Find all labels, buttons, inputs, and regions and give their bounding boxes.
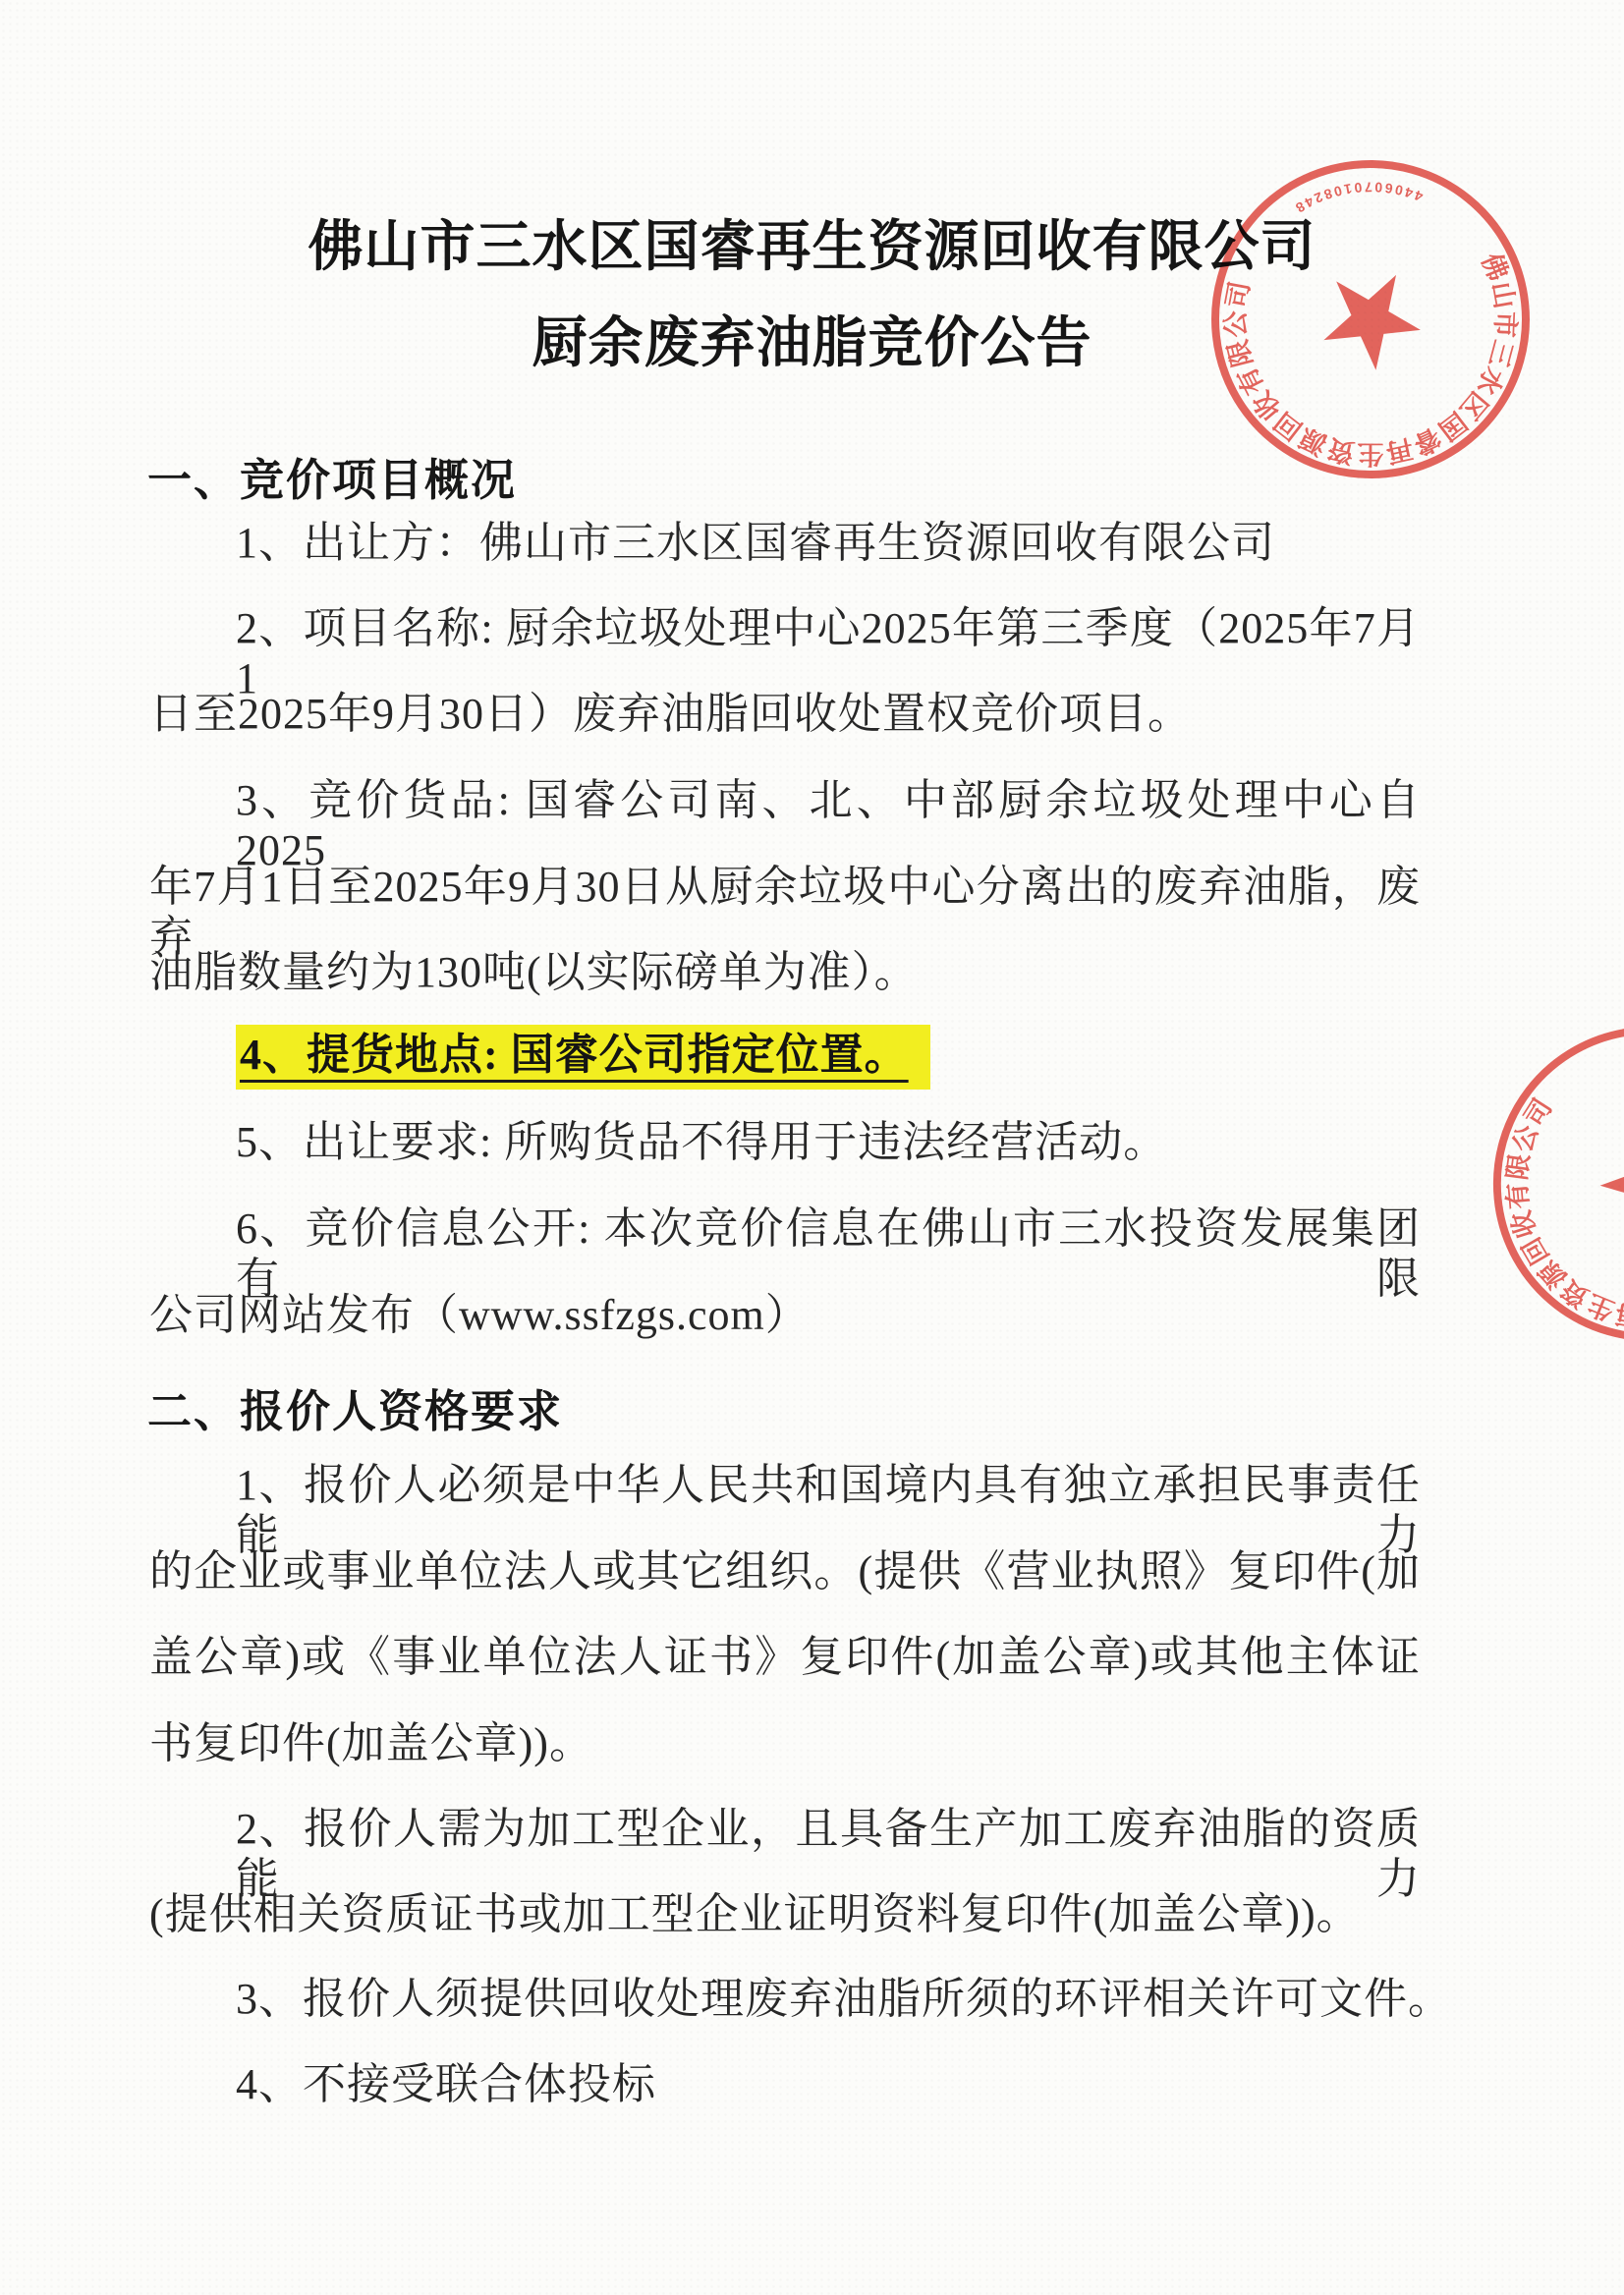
section2-heading: 二、报价人资格要求 [147,1375,563,1439]
seal-star-icon [1317,273,1424,375]
body-line-s1-4-highlighted: 4、提货地点: 国睿公司指定位置。 [236,1031,930,1081]
seal-serial-number: 4406070108248 [1616,1033,1624,1099]
highlighted-pickup-location: 4、提货地点: 国睿公司指定位置。 [236,1025,930,1090]
body-line-s2-1d: 书复印件(加盖公章))。 [149,1719,593,1769]
body-line-s1-6a: 6、竞价信息公开: 本次竞价信息在佛山市三水投资发展集团有限 [236,1204,1421,1304]
body-line-s2-1a: 1、报价人必须是中华人民共和国境内具有独立承担民事责任能力 [236,1461,1421,1560]
body-line-s2-3: 3、报价人须提供回收处理废弃油脂所须的环评相关许可文件。 [236,1975,1452,2025]
company-seal-stamp: 佛山市三水区国睿再生资源回收有限公司 4406070108248 [1187,136,1554,503]
body-line-s1-2b: 日至2025年9月30日）废弃油脂回收处置权竞价项目。 [149,690,1192,740]
svg-text:4406070108248: 4406070108248 [1616,1033,1624,1099]
body-line-s1-5: 5、出让要求: 所购货品不得用于违法经营活动。 [236,1118,1167,1168]
body-line-s2-1b: 的企业或事业单位法人或其它组织。(提供《营业执照》复印件(加 [149,1547,1421,1597]
body-line-s2-1c: 盖公章)或《事业单位法人证书》复印件(加盖公章)或其他主体证 [149,1633,1421,1683]
body-line-s1-6b: 公司网站发布（www.ssfzgs.com） [149,1291,810,1341]
seal-star-icon [1591,1132,1624,1246]
partial-seal-stamp: 佛山市三水区国睿再生资源回收有限公司 4406070108248 [1446,980,1624,1388]
section1-heading: 一、竞价项目概况 [147,444,517,508]
body-line-s2-2b: (提供相关资质证书或加工型企业证明资料复印件(加盖公章))。 [149,1890,1361,1940]
body-line-s1-3c: 油脂数量约为130吨(以实际磅单为准）。 [149,948,919,998]
announcement-page: 佛山市三水区国睿再生资源回收有限公司 厨余废弃油脂竞价公告 一、竞价项目概况 1… [0,0,1624,2295]
body-line-s1-3b: 年7月1日至2025年9月30日从厨余垃圾中心分离出的废弃油脂，废弃 [149,863,1421,962]
body-line-s2-4: 4、不接受联合体投标 [236,2060,656,2110]
body-line-s2-2a: 2、报价人需为加工型企业，且具备生产加工废弃油脂的资质能力 [236,1805,1421,1904]
body-line-s1-2a: 2、项目名称: 厨余垃圾处理中心2025年第三季度（2025年7月1 [236,604,1421,703]
body-line-s1-1a: 1、出让方：佛山市三水区国睿再生资源回收有限公司 [236,519,1275,569]
body-line-s1-3a: 3、竞价货品: 国睿公司南、北、中部厨余垃圾处理中心自2025 [236,776,1421,875]
